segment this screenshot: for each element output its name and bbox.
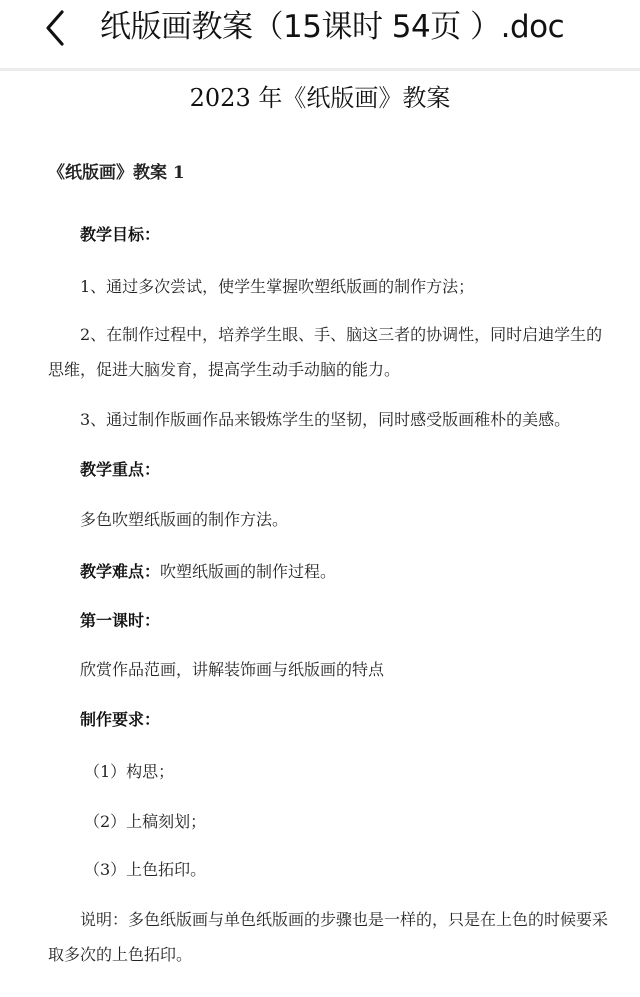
note-line-2: 取多次的上色拓印。 — [48, 944, 192, 966]
document-title: 2023 年《纸版画》教案 — [0, 81, 640, 115]
requirement-2: （2）上稿刻划； — [84, 811, 206, 833]
requirement-1: （1）构思； — [84, 761, 174, 783]
objective-2: 2、在制作过程中，培养学生眼、手、脑这三者的协调性，同时启迪学生的 — [80, 324, 602, 346]
key-point-heading: 教学重点： — [80, 459, 160, 481]
document-page[interactable]: 2023 年《纸版画》教案 《纸版画》教案 1 教学目标： 1、通过多次尝试，使… — [0, 71, 640, 997]
top-bar: 纸版画教案（15课时 54页 ）.doc — [0, 0, 640, 68]
objectives-heading: 教学目标： — [80, 224, 160, 246]
document-filename: 纸版画教案（15课时 54页 ）.doc — [100, 4, 564, 50]
lesson1-heading: 第一课时： — [80, 610, 160, 632]
lesson1-text: 欣赏作品范画，讲解装饰画与纸版画的特点 — [80, 659, 384, 681]
requirements-heading: 制作要求： — [80, 709, 160, 731]
difficulty-text: 吹塑纸版画的制作过程。 — [160, 562, 336, 581]
objective-1: 1、通过多次尝试，使学生掌握吹塑纸版画的制作方法； — [80, 276, 474, 298]
section-title: 《纸版画》教案 1 — [48, 162, 185, 184]
note-label: 说明： — [80, 910, 128, 929]
requirement-3: （3）上色拓印。 — [84, 859, 206, 881]
objective-3: 3、通过制作版画作品来锻炼学生的坚韧，同时感受版画稚朴的美感。 — [80, 409, 570, 431]
note-line-1: 说明：多色纸版画与单色纸版画的步骤也是一样的，只是在上色的时候要采 — [80, 909, 608, 931]
back-button[interactable] — [38, 8, 74, 48]
note-text: 多色纸版画与单色纸版画的步骤也是一样的，只是在上色的时候要采 — [128, 910, 608, 929]
objective-2-cont: 思维，促进大脑发育，提高学生动手动脑的能力。 — [48, 359, 400, 381]
difficulty-heading: 教学难点： — [80, 562, 160, 581]
chevron-left-icon — [38, 8, 74, 48]
difficulty-line: 教学难点：吹塑纸版画的制作过程。 — [80, 561, 336, 583]
key-point-text: 多色吹塑纸版画的制作方法。 — [80, 509, 288, 531]
